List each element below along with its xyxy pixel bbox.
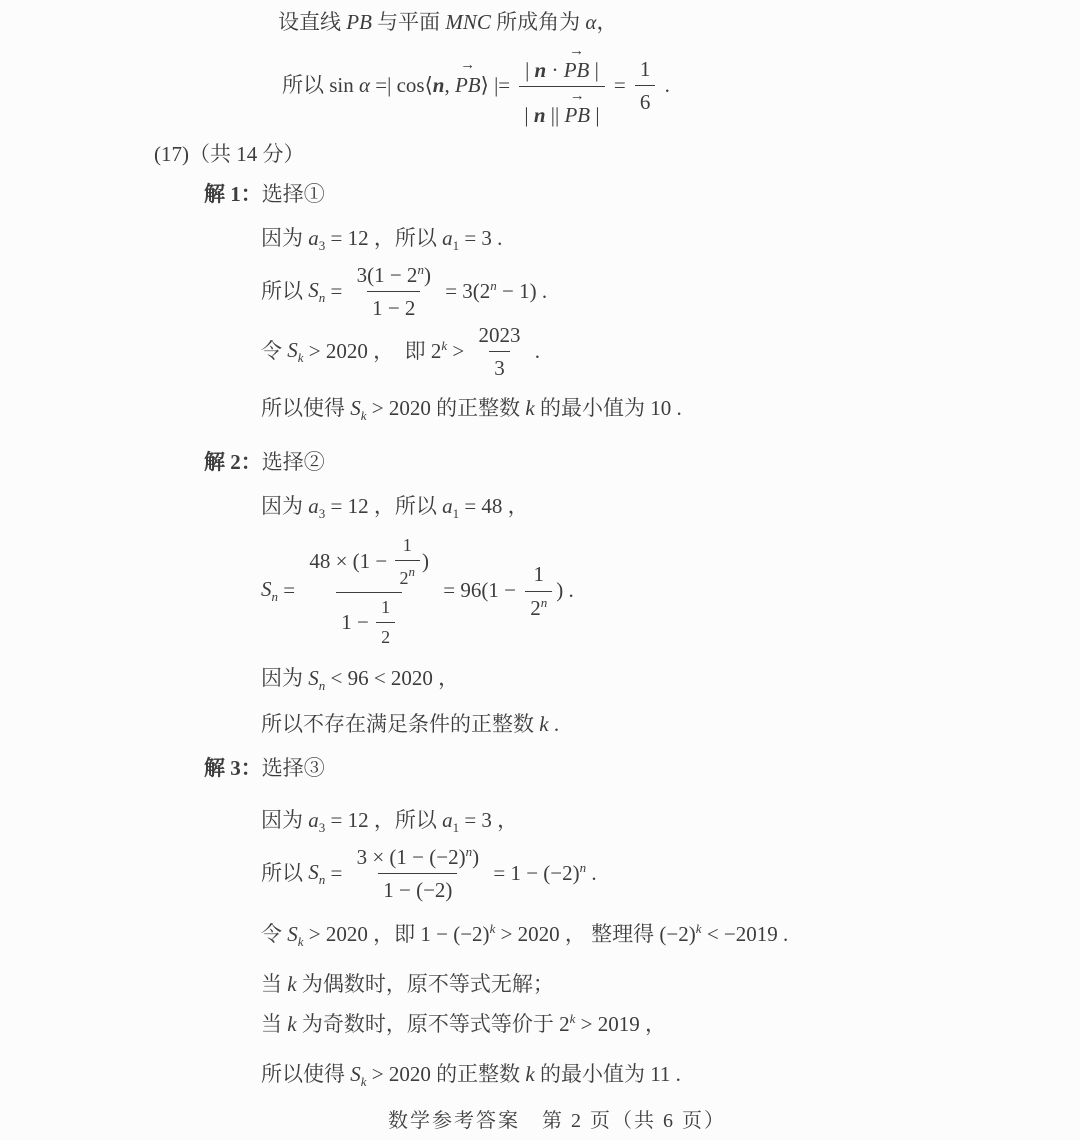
choice-label: 选择① xyxy=(262,182,325,206)
fraction-numerator: 2023 xyxy=(474,322,526,351)
text-run: 设直线 xyxy=(278,10,346,34)
text-run: 所成角为 xyxy=(491,10,586,34)
page-footer: 数学参考答案 第 2 页（共 6 页） xyxy=(0,1104,1080,1133)
text-run: 的最小值为 11 . xyxy=(535,1062,681,1086)
text-run: 为奇数时，原不等式等价于 2 xyxy=(297,1012,570,1036)
text-run: 2 xyxy=(530,596,541,620)
solution2-given: 因为 a3 = 12 ，所以 a1 = 48 ， xyxy=(261,492,529,523)
solution-label: 解 2： xyxy=(204,450,262,474)
fraction-numerator: 3(1 − 2n) xyxy=(352,262,436,291)
var-s-sub-k: Sk xyxy=(287,336,303,367)
text-run: = xyxy=(325,277,347,306)
text-run: > 2020 的正整数 xyxy=(367,396,526,420)
solution-label: 解 3： xyxy=(204,756,262,780)
text-run: . xyxy=(586,861,597,885)
text-run: = 3(2 xyxy=(440,279,490,303)
solution3-even-case: 当 k 为偶数时，原不等式无解； xyxy=(261,970,554,999)
text-run: | xyxy=(525,58,534,82)
text-run: < 96 < 2020 ， xyxy=(325,666,459,690)
text-run: 所以 xyxy=(282,71,329,100)
text-run: > 2020 ， 即 2 xyxy=(304,339,442,363)
text-run: > 2020 的正整数 xyxy=(367,1062,526,1086)
solution2-conclusion: 所以不存在满足条件的正整数 k . xyxy=(261,710,559,739)
fraction: 2023 3 xyxy=(474,322,526,382)
sine-angle-formula: 所以 sin α =| cos⟨n, →PB ⟩ |= | n · →PB | … xyxy=(282,42,670,129)
text-run: 1 − xyxy=(341,609,374,635)
text-run: | xyxy=(589,58,598,82)
text-run: = 3 ， xyxy=(459,808,518,832)
fraction-numerator: 1 xyxy=(376,596,395,622)
text-run: ⟩ |= xyxy=(481,71,516,100)
var-a: a xyxy=(308,226,319,250)
solution1-given: 因为 a3 = 12 ，所以 a1 = 3 . xyxy=(261,224,502,255)
var-s: S xyxy=(308,666,319,690)
solution2-heading: 解 2：选择② xyxy=(204,448,325,477)
text-run: 因为 xyxy=(261,494,308,518)
fraction: 3 × (1 − (−2)n) 1 − (−2) xyxy=(352,844,485,904)
text-run: || xyxy=(546,103,565,127)
text-run: ) xyxy=(472,845,479,869)
solution3-odd-case: 当 k 为奇数时，原不等式等价于 2k > 2019 ， xyxy=(261,1010,666,1039)
var-n-vector: n xyxy=(535,58,547,82)
fraction-numerator: 3 × (1 − (−2)n) xyxy=(352,844,485,873)
text-run: = 12 ，所以 xyxy=(325,226,442,250)
fraction-denominator: 2 xyxy=(376,622,395,649)
var-s: S xyxy=(287,922,298,946)
var-s-sub-n: Sn xyxy=(308,858,325,889)
text-run: − 1) . xyxy=(497,279,547,303)
expression-group: > 2020 ， 即 2k > xyxy=(304,337,470,366)
choice-label: 选择③ xyxy=(262,756,325,780)
text-run: 令 xyxy=(261,337,287,366)
text-run: = xyxy=(325,859,347,888)
var-s-sub-n: Sn xyxy=(261,575,278,606)
var-pb: PB xyxy=(346,10,372,34)
text-run: 所以使得 xyxy=(261,396,350,420)
solution1-sk-formula: 令 Sk > 2020 ， 即 2k > 2023 3 . xyxy=(261,322,540,382)
var-alpha: α xyxy=(585,10,596,34)
var-s: S xyxy=(261,577,272,601)
solution3-sn-formula: 所以 Sn = 3 × (1 − (−2)n) 1 − (−2) = 1 − (… xyxy=(261,844,597,904)
text-run: 因为 xyxy=(261,666,308,690)
text-run: = 12 ，所以 xyxy=(325,808,442,832)
text-run: ) xyxy=(422,548,429,574)
var-k: k xyxy=(287,972,296,996)
text-run: , xyxy=(444,71,455,100)
var-a: a xyxy=(442,226,453,250)
fraction-denominator: 1 − (−2) xyxy=(378,873,457,903)
text-run: 所以 xyxy=(261,277,308,306)
text-run: = 12 ，所以 xyxy=(325,494,442,518)
text-run: ) . xyxy=(556,576,574,605)
var-s: S xyxy=(308,860,319,884)
var-pb: PB xyxy=(564,103,590,127)
solution1-conclusion: 所以使得 Sk > 2020 的正整数 k 的最小值为 10 . xyxy=(261,394,682,425)
fraction: 1 6 xyxy=(635,56,656,116)
text-run: ， xyxy=(596,10,617,34)
solution1-sn-formula: 所以 Sn = 3(1 − 2n) 1 − 2 = 3(2n − 1) . xyxy=(261,262,547,322)
text-run: 当 xyxy=(261,972,287,996)
text-run: (17)（共 14 分） xyxy=(154,142,305,166)
fraction-denominator: 1 − 2 xyxy=(367,291,420,321)
solution-label: 解 1： xyxy=(204,182,262,206)
vector-arrow: → xyxy=(564,44,590,59)
var-n-vector: n xyxy=(433,71,445,100)
fraction-denominator: 3 xyxy=(489,351,510,381)
fraction-denominator: 6 xyxy=(635,85,656,115)
fraction: 1 2n xyxy=(395,534,421,589)
text-run: =| cos⟨ xyxy=(370,71,433,100)
text-run: 为偶数时，原不等式无解； xyxy=(297,972,554,996)
text-run: = 3 . xyxy=(459,226,502,250)
text-run: 所以使得 xyxy=(261,1062,350,1086)
var-pb: PB xyxy=(564,58,590,82)
fraction-numerator: 1 xyxy=(528,561,549,590)
var-s-sub-n: Sn xyxy=(308,276,325,307)
fraction-denominator: 1 − 1 2 xyxy=(336,592,402,648)
fraction-denominator: | n || →PB | xyxy=(519,86,604,128)
fraction: 48 × (1 − 1 2n ) 1 − 1 2 xyxy=(304,534,434,648)
var-s: S xyxy=(350,1062,361,1086)
text-run: < −2019 . xyxy=(702,922,789,946)
text-run: 48 × (1 − xyxy=(309,548,392,574)
text-run: = 96(1 − xyxy=(438,576,521,605)
text-run: = xyxy=(278,576,300,605)
fraction: 3(1 − 2n) 1 − 2 xyxy=(352,262,436,322)
solution2-compare: 因为 Sn < 96 < 2020 ， xyxy=(261,664,459,695)
fraction: 1 2 xyxy=(376,596,395,648)
text-run: 所以不存在满足条件的正整数 xyxy=(261,712,539,736)
text-run: . xyxy=(549,712,560,736)
text-run: = xyxy=(609,71,631,100)
solution1-heading: 解 1：选择① xyxy=(204,180,325,209)
var-a: a xyxy=(308,808,319,832)
text-run: | xyxy=(524,103,533,127)
var-mnc: MNC xyxy=(445,10,491,34)
var-k: k xyxy=(287,1012,296,1036)
superscript: n xyxy=(409,564,416,579)
setup-line: 设直线 PB 与平面 MNC 所成角为 α， xyxy=(278,8,617,37)
text-run: > 2020 ， 整理得 (−2) xyxy=(495,922,695,946)
vector-arrow: → xyxy=(564,89,590,104)
var-pb: PB xyxy=(455,73,481,97)
expression-group: = 1 − (−2)n . xyxy=(488,859,597,888)
solution3-conclusion: 所以使得 Sk > 2020 的正整数 k 的最小值为 11 . xyxy=(261,1060,681,1091)
var-a: a xyxy=(442,494,453,518)
text-run: . xyxy=(530,337,541,366)
var-s: S xyxy=(350,396,361,420)
vector-pb: →PB xyxy=(564,102,590,128)
text-run: = 48 ， xyxy=(459,494,529,518)
var-s: S xyxy=(287,338,298,362)
fraction-numerator: 1 xyxy=(398,534,417,560)
solution3-heading: 解 3：选择③ xyxy=(204,754,325,783)
fraction-numerator: 1 xyxy=(635,56,656,85)
solution3-inequality: 令 Sk > 2020 ，即 1 − (−2)k > 2020 ， 整理得 (−… xyxy=(261,920,788,951)
vector-pb: →PB xyxy=(455,71,481,100)
vector-pb: →PB xyxy=(564,57,590,83)
var-k: k xyxy=(539,712,548,736)
fraction: 1 2n xyxy=(525,561,552,621)
fraction-denominator: 2n xyxy=(525,591,552,621)
text-run: 的最小值为 10 . xyxy=(535,396,682,420)
choice-label: 选择② xyxy=(262,450,325,474)
fraction-denominator: 2n xyxy=(395,560,421,590)
text-run: > xyxy=(447,339,469,363)
solution3-given: 因为 a3 = 12 ，所以 a1 = 3 ， xyxy=(261,806,518,837)
var-n-vector: n xyxy=(534,103,546,127)
text-run: = 1 − (−2) xyxy=(488,861,580,885)
var-s: S xyxy=(308,278,319,302)
text-run: · xyxy=(546,58,564,82)
footer-text: 数学参考答案 第 2 页（共 6 页） xyxy=(388,1110,726,1132)
text-run: 3(1 − 2 xyxy=(357,263,418,287)
text-run: 所以 xyxy=(261,859,308,888)
solution2-sn-formula: Sn = 48 × (1 − 1 2n ) 1 − 1 2 = 96(1 − xyxy=(261,534,574,648)
text-run: 因为 xyxy=(261,226,308,250)
expression-group: = 3(2n − 1) . xyxy=(440,277,547,306)
text-run: ) xyxy=(424,263,431,287)
var-k: k xyxy=(525,1062,534,1086)
text-run: . xyxy=(659,71,670,100)
text-run: 与平面 xyxy=(372,10,446,34)
question17-heading: (17)（共 14 分） xyxy=(154,140,305,169)
text-run: 3 × (1 − (−2) xyxy=(357,845,466,869)
text-run: > 2019 ， xyxy=(575,1012,666,1036)
var-a: a xyxy=(308,494,319,518)
text-run: | xyxy=(590,103,599,127)
text-run: > 2020 ，即 1 − (−2) xyxy=(304,922,490,946)
fraction-numerator: | n · →PB | xyxy=(520,42,604,86)
var-k: k xyxy=(525,396,534,420)
text-run: 当 xyxy=(261,1012,287,1036)
text-run: sin xyxy=(329,71,359,100)
var-a: a xyxy=(442,808,453,832)
fraction: | n · →PB | | n || →PB | xyxy=(519,42,604,129)
text-run: 因为 xyxy=(261,808,308,832)
var-alpha: α xyxy=(359,71,370,100)
text-run: 2 xyxy=(400,568,409,588)
vector-arrow: → xyxy=(455,58,481,73)
text-run: 令 xyxy=(261,922,287,946)
superscript: n xyxy=(541,595,548,610)
document-page: 设直线 PB 与平面 MNC 所成角为 α， 所以 sin α =| cos⟨n… xyxy=(0,0,1080,1140)
fraction-numerator: 48 × (1 − 1 2n ) xyxy=(304,534,434,592)
